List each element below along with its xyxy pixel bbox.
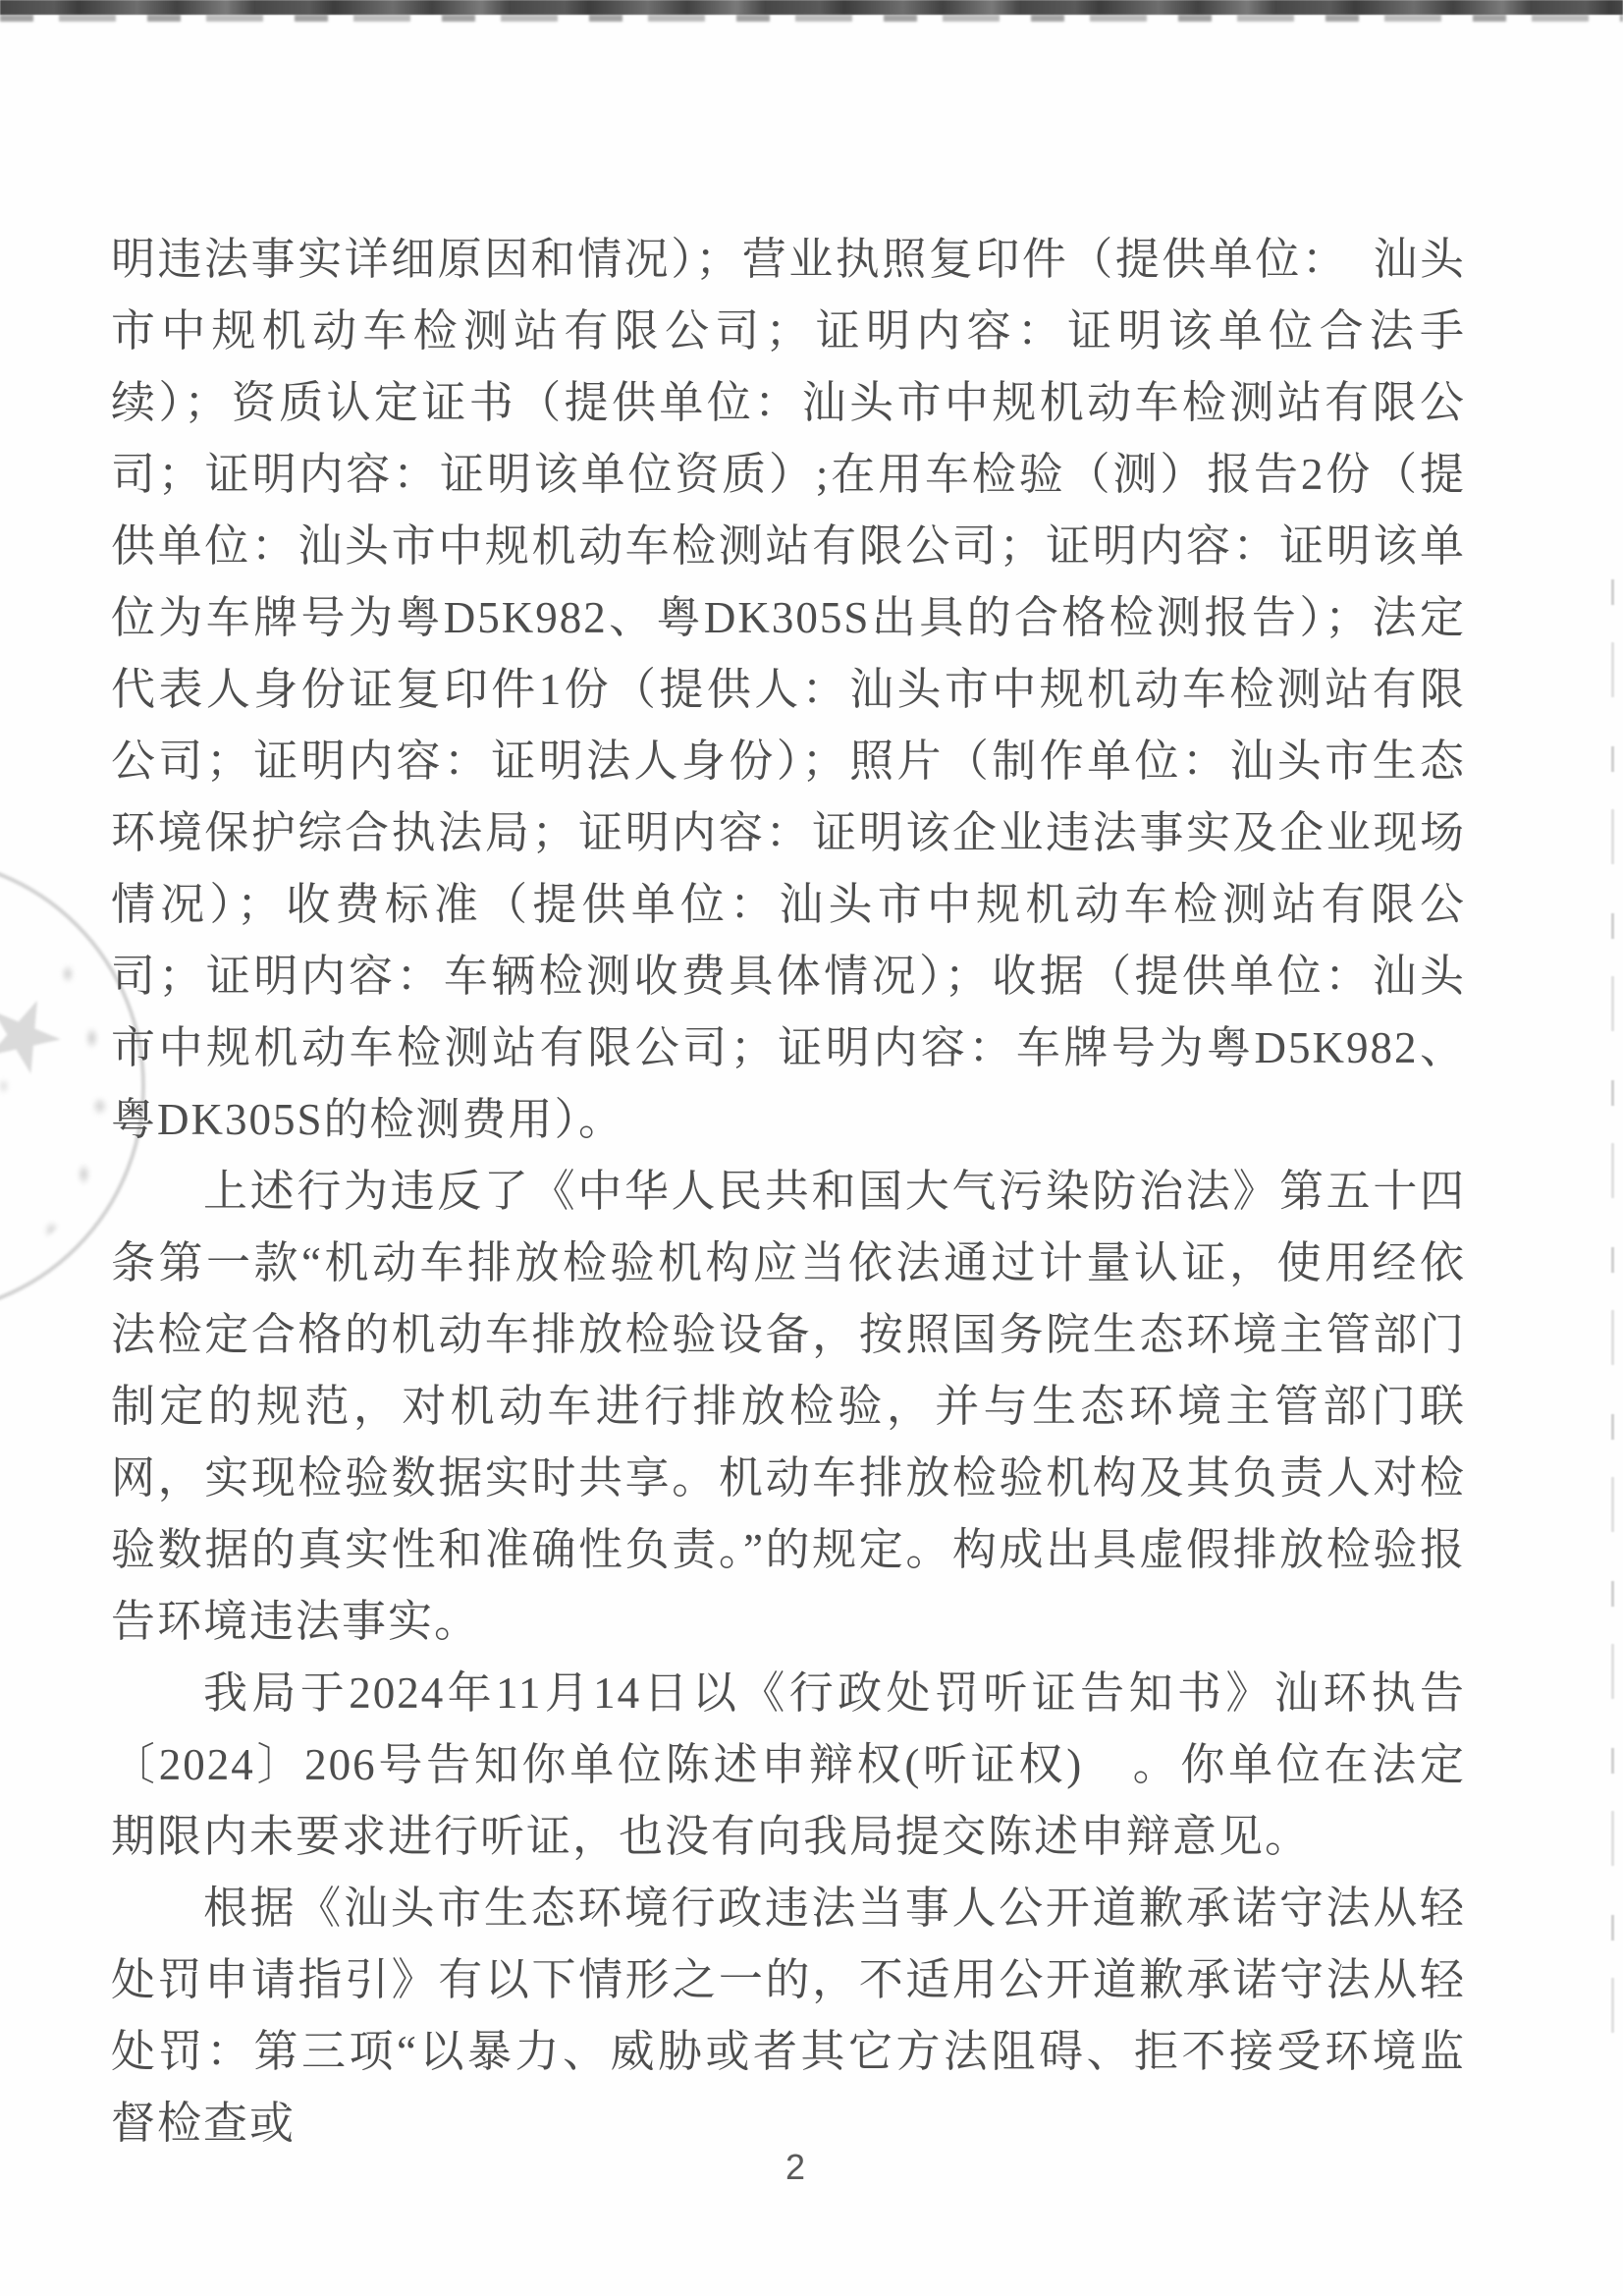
paragraph: 明违法事实详细原因和情况）；营业执照复印件（提供单位： 汕头市中规机动车检测站有… (111, 224, 1466, 1156)
paragraph: 根据《汕头市生态环境行政违法当事人公开道歉承诺守法从轻处罚申请指引》有以下情形之… (111, 1873, 1466, 2159)
seal-faint-characters (0, 886, 116, 1286)
paragraph: 我局于2024年11月14日以《行政处罚听证告知书》汕环执告〔2024〕206号… (111, 1658, 1466, 1873)
document-page: 明违法事实详细原因和情况）；营业执照复印件（提供单位： 汕头市中规机动车检测站有… (0, 0, 1623, 2296)
document-body: 明违法事实详细原因和情况）；营业执照复印件（提供单位： 汕头市中规机动车检测站有… (111, 224, 1466, 2159)
paragraph: 上述行为违反了《中华人民共和国大气污染防治法》第五十四条第一款“机动车排放检验机… (111, 1156, 1466, 1658)
top-scan-artifact (0, 0, 1623, 15)
right-edge-scan-artifact (1611, 579, 1614, 2072)
page-number: 2 (0, 2147, 1591, 2188)
